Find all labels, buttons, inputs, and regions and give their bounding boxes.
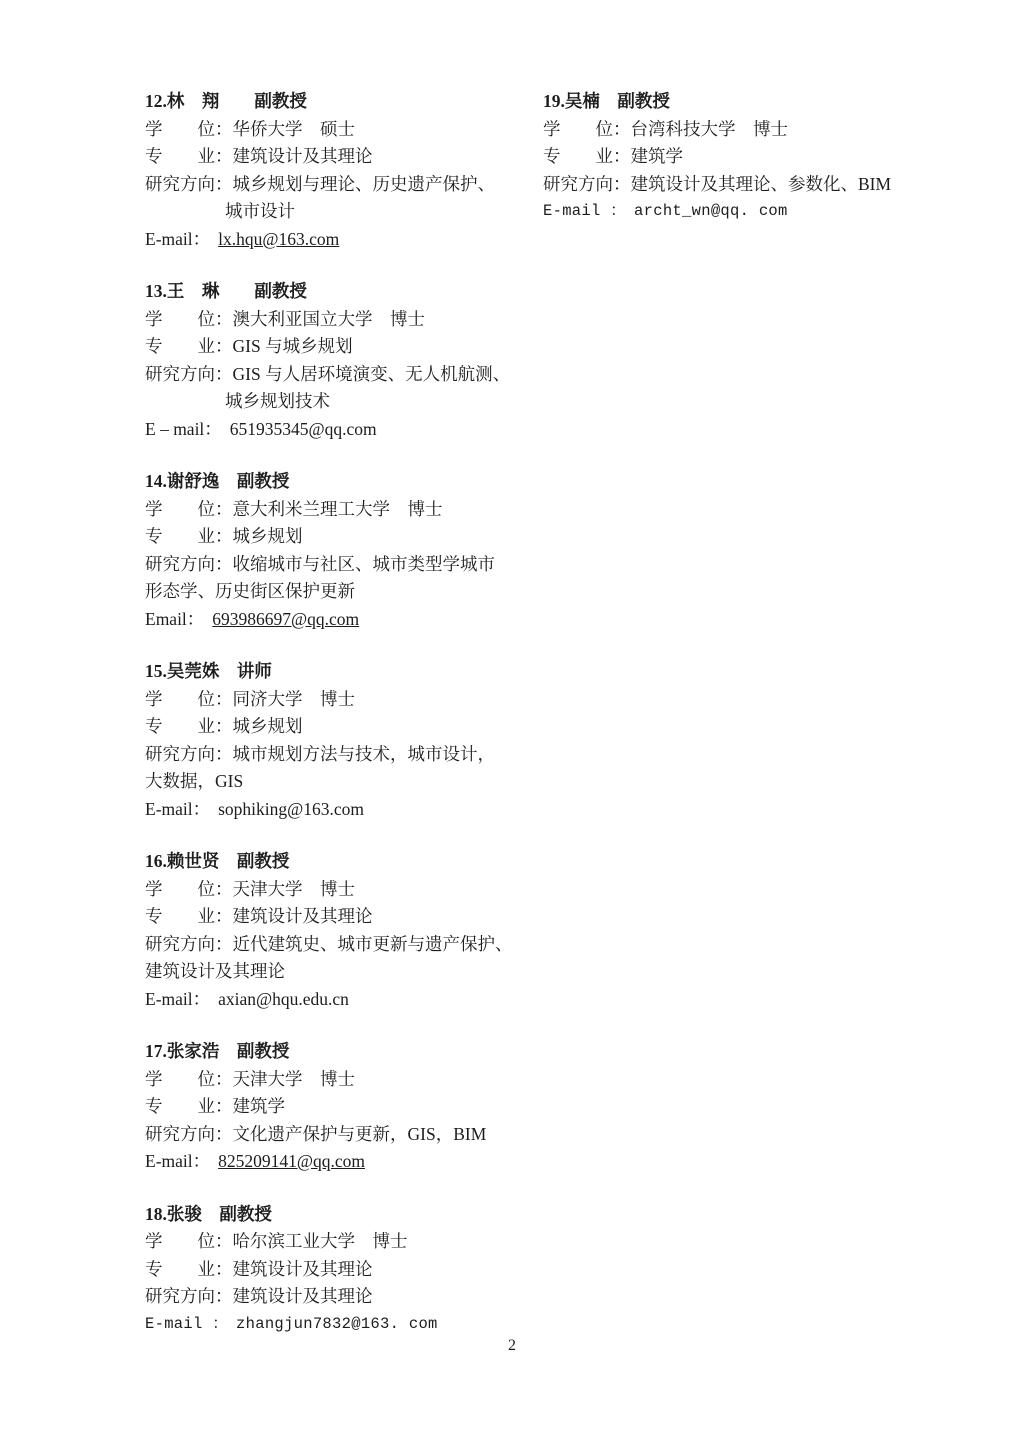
faculty-details: 学 位：哈尔滨工业大学 博士专 业：建筑设计及其理论研究方向：建筑设计及其理论: [145, 1228, 525, 1311]
faculty-entry: 13.王 琳 副教授 学 位：澳大利亚国立大学 博士专 业：GIS 与城乡规划研…: [145, 278, 525, 443]
faculty-name-title: 16.赖世贤 副教授: [145, 848, 525, 876]
email-label: Email：: [145, 606, 204, 634]
email-label: E-mail：: [145, 796, 210, 824]
faculty-entry: 12.林 翔 副教授 学 位：华侨大学 硕士专 业：建筑设计及其理论研究方向：城…: [145, 88, 525, 253]
info-line: 研究方向：文化遗产保护与更新，GIS，BIM: [145, 1121, 525, 1149]
email-line: E-mail：lx.hqu@163.com: [145, 226, 525, 254]
info-line: 专 业：建筑设计及其理论: [145, 143, 525, 171]
faculty-entry: 19.吴楠 副教授 学 位：台湾科技大学 博士专 业：建筑学研究方向：建筑设计及…: [543, 88, 923, 226]
faculty-entry: 18.张骏 副教授 学 位：哈尔滨工业大学 博士专 业：建筑设计及其理论研究方向…: [145, 1201, 525, 1339]
info-line: 专 业：建筑设计及其理论: [145, 1256, 525, 1284]
email-label: E-mail ：: [145, 1311, 228, 1339]
info-line: 研究方向：建筑设计及其理论、参数化、BIM: [543, 171, 923, 199]
faculty-list: 12.林 翔 副教授 学 位：华侨大学 硕士专 业：建筑设计及其理论研究方向：城…: [0, 0, 1024, 1363]
info-line: 专 业：建筑学: [543, 143, 923, 171]
right-column: 19.吴楠 副教授 学 位：台湾科技大学 博士专 业：建筑学研究方向：建筑设计及…: [543, 88, 923, 251]
faculty-details: 学 位：台湾科技大学 博士专 业：建筑学研究方向：建筑设计及其理论、参数化、BI…: [543, 116, 923, 199]
faculty-details: 学 位：意大利米兰理工大学 博士专 业：城乡规划研究方向：收缩城市与社区、城市类…: [145, 496, 525, 606]
email-link[interactable]: lx.hqu@163.com: [218, 229, 339, 249]
info-line: 研究方向：收缩城市与社区、城市类型学城市: [145, 551, 525, 579]
faculty-details: 学 位：天津大学 博士专 业：建筑学研究方向：文化遗产保护与更新，GIS，BIM: [145, 1066, 525, 1149]
info-line: 学 位：哈尔滨工业大学 博士: [145, 1228, 525, 1256]
faculty-name-title: 14.谢舒逸 副教授: [145, 468, 525, 496]
faculty-entry: 17.张家浩 副教授 学 位：天津大学 博士专 业：建筑学研究方向：文化遗产保护…: [145, 1038, 525, 1176]
info-line: 专 业：建筑设计及其理论: [145, 903, 525, 931]
faculty-details: 学 位：天津大学 博士专 业：建筑设计及其理论研究方向：近代建筑史、城市更新与遗…: [145, 876, 525, 986]
email-address: sophiking@163.com: [218, 799, 364, 819]
info-line: 大数据，GIS: [145, 768, 525, 796]
email-line: E-mail ：archt_wn@qq. com: [543, 198, 923, 226]
email-address: zhangjun7832@163. com: [236, 1315, 438, 1333]
info-line: 专 业：GIS 与城乡规划: [145, 333, 525, 361]
info-line: 建筑设计及其理论: [145, 958, 525, 986]
info-line: 研究方向：GIS 与人居环境演变、无人机航测、: [145, 361, 525, 389]
email-label: E – mail：: [145, 416, 222, 444]
info-line: 专 业：建筑学: [145, 1093, 525, 1121]
email-link[interactable]: 693986697@qq.com: [212, 609, 359, 629]
info-line: 研究方向：城市规划方法与技术，城市设计，: [145, 741, 525, 769]
faculty-name-title: 19.吴楠 副教授: [543, 88, 923, 116]
page-number: 2: [0, 1336, 1024, 1356]
document-page: 12.林 翔 副教授 学 位：华侨大学 硕士专 业：建筑设计及其理论研究方向：城…: [0, 0, 1024, 1363]
info-line: 学 位：意大利米兰理工大学 博士: [145, 496, 525, 524]
info-line: 学 位：澳大利亚国立大学 博士: [145, 306, 525, 334]
faculty-name-title: 17.张家浩 副教授: [145, 1038, 525, 1066]
email-line: E-mail：sophiking@163.com: [145, 796, 525, 824]
email-link[interactable]: 825209141@qq.com: [218, 1151, 365, 1171]
info-line: 形态学、历史街区保护更新: [145, 578, 525, 606]
email-label: E-mail ：: [543, 198, 626, 226]
info-line: 研究方向：城乡规划与理论、历史遗产保护、: [145, 171, 525, 199]
info-line: 学 位：同济大学 博士: [145, 686, 525, 714]
email-label: E-mail：: [145, 226, 210, 254]
faculty-details: 学 位：澳大利亚国立大学 博士专 业：GIS 与城乡规划研究方向：GIS 与人居…: [145, 306, 525, 416]
info-line: 研究方向：建筑设计及其理论: [145, 1283, 525, 1311]
info-line: 学 位：华侨大学 硕士: [145, 116, 525, 144]
email-line: Email：693986697@qq.com: [145, 606, 525, 634]
left-column: 12.林 翔 副教授 学 位：华侨大学 硕士专 业：建筑设计及其理论研究方向：城…: [145, 88, 525, 1363]
email-line: E-mail：825209141@qq.com: [145, 1148, 525, 1176]
info-line: 研究方向：近代建筑史、城市更新与遗产保护、: [145, 931, 525, 959]
email-address: 651935345@qq.com: [230, 419, 377, 439]
info-line: 城乡规划技术: [145, 388, 525, 416]
email-address: archt_wn@qq. com: [634, 202, 788, 220]
info-line: 学 位：台湾科技大学 博士: [543, 116, 923, 144]
email-label: E-mail：: [145, 986, 210, 1014]
email-line: E – mail：651935345@qq.com: [145, 416, 525, 444]
faculty-entry: 14.谢舒逸 副教授 学 位：意大利米兰理工大学 博士专 业：城乡规划研究方向：…: [145, 468, 525, 633]
faculty-name-title: 15.吴莞姝 讲师: [145, 658, 525, 686]
faculty-entry: 15.吴莞姝 讲师 学 位：同济大学 博士专 业：城乡规划研究方向：城市规划方法…: [145, 658, 525, 823]
info-line: 专 业：城乡规划: [145, 713, 525, 741]
info-line: 专 业：城乡规划: [145, 523, 525, 551]
faculty-name-title: 13.王 琳 副教授: [145, 278, 525, 306]
faculty-name-title: 18.张骏 副教授: [145, 1201, 525, 1229]
email-line: E-mail：axian@hqu.edu.cn: [145, 986, 525, 1014]
info-line: 学 位：天津大学 博士: [145, 1066, 525, 1094]
faculty-entry: 16.赖世贤 副教授 学 位：天津大学 博士专 业：建筑设计及其理论研究方向：近…: [145, 848, 525, 1013]
info-line: 城市设计: [145, 198, 525, 226]
info-line: 学 位：天津大学 博士: [145, 876, 525, 904]
email-label: E-mail：: [145, 1148, 210, 1176]
faculty-details: 学 位：同济大学 博士专 业：城乡规划研究方向：城市规划方法与技术，城市设计，大…: [145, 686, 525, 796]
faculty-name-title: 12.林 翔 副教授: [145, 88, 525, 116]
faculty-details: 学 位：华侨大学 硕士专 业：建筑设计及其理论研究方向：城乡规划与理论、历史遗产…: [145, 116, 525, 226]
email-address: axian@hqu.edu.cn: [218, 989, 349, 1009]
email-line: E-mail ：zhangjun7832@163. com: [145, 1311, 525, 1339]
